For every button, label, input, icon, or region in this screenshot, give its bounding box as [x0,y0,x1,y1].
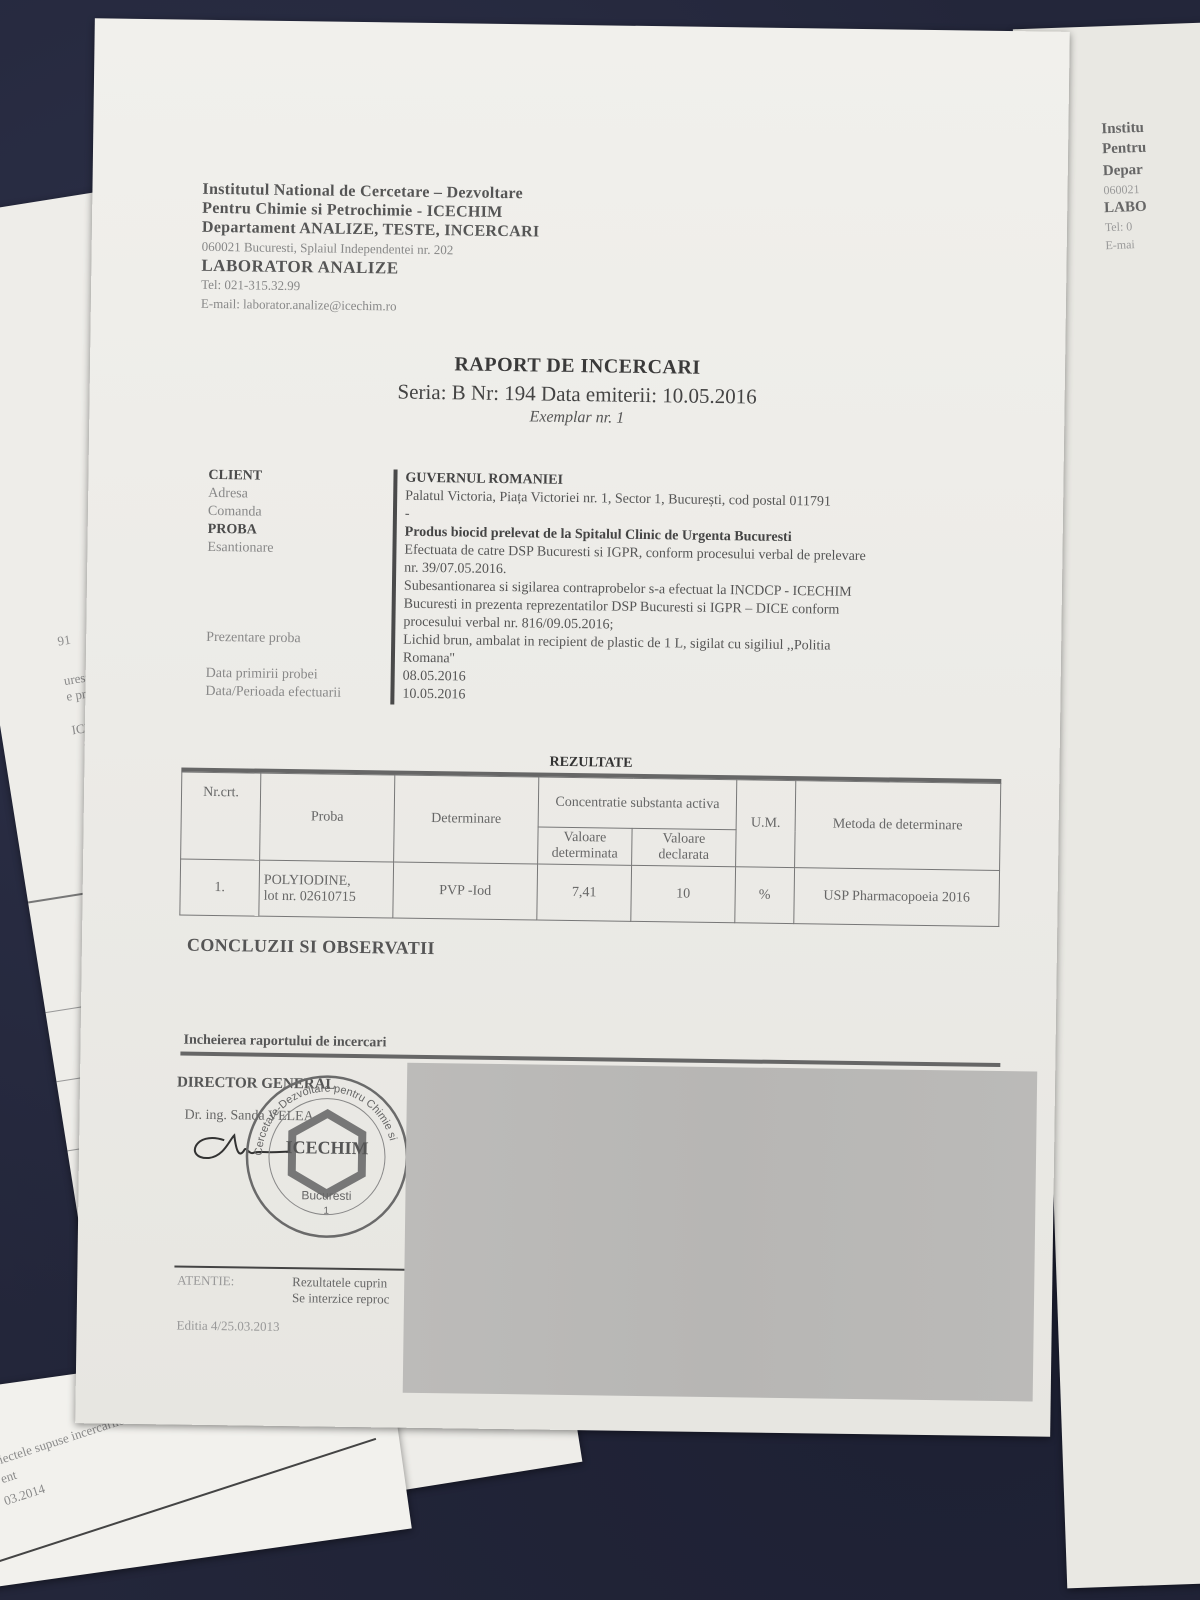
header-proba: Proba [260,773,395,862]
lab-email: E-mail: laborator.analize@icechim.ro [201,294,539,318]
label-adresa: Adresa [208,485,344,505]
cell-valoare-declarata: 10 [631,865,736,922]
info-divider [390,469,397,704]
institute-header: Institutul National de Cercetare – Dezvo… [201,180,540,318]
header-concentratie: Concentratie substanta activa [538,777,737,830]
test-report-document: Institutul National de Cercetare – Dezvo… [75,18,1070,1436]
atentie-text: Rezultatele cuprin Se interzice reproc [292,1274,404,1308]
report-title-block: RAPORT DE INCERCARI Seria: B Nr: 194 Dat… [89,348,1065,434]
institute-stamp-icon: ICECHIM Bucuresti 1 Cercetare-Dezvoltare… [241,1070,413,1242]
results-title: REZULTATE [549,755,632,772]
label-prezentare: Prezentare proba [206,629,342,649]
bg-fragment: Pentru [1102,140,1147,159]
bg-fragment: LABO [1104,199,1147,217]
bg-fragment: 060021 [1103,182,1140,198]
info-values: GUVERNUL ROMANIEI Palatul Victoria, Piaț… [402,470,945,712]
atentie-line1: Rezultatele cuprin [292,1274,404,1292]
header-valoare-determinata: Valoare determinata [538,827,633,865]
header-metoda: Metoda de determinare [795,781,1001,871]
bg-fragment: E-mai [1105,237,1135,253]
info-labels: CLIENT Adresa Comanda PROBA Esantionare … [205,467,344,703]
stamp-city-text: Bucuresti [301,1188,351,1203]
cell-metoda: USP Pharmacopoeia 2016 [794,868,1000,927]
bg-fragment: Tel: 0 [1105,219,1133,235]
cell-proba-line1: POLYIODINE, [264,872,389,890]
cell-proba: POLYIODINE, lot nr. 02610715 [259,860,394,918]
cell-proba-line2: lot nr. 02610715 [264,888,389,906]
label-proba: PROBA [208,521,344,541]
bg-fragment: Institu [1101,120,1144,138]
atentie-line2: Se interzice reproc [292,1290,404,1308]
header-nr: Nr.crt. [181,772,261,860]
redacted-area [403,1063,1038,1402]
cell-determinare: PVP -Iod [393,862,538,920]
edition-label: Editia 4/25.03.2013 [176,1318,279,1335]
header-um: U.M. [736,780,796,868]
conclusions-title: CONCLUZII SI OBSERVATII [187,935,435,959]
label-client: CLIENT [208,467,344,487]
bg-fragment: 91 [56,632,71,650]
label-data-primirii: Data primirii probei [206,665,342,685]
stamp-number-text: 1 [323,1206,329,1217]
atentie-label: ATENTIE: [177,1273,234,1290]
results-table: Nr.crt. Proba Determinare Concentratie s… [179,772,1001,927]
stamp-center-text: ICECHIM [285,1137,368,1158]
header-valoare-declarata: Valoare declarata [632,828,737,866]
bg-fragment: ent [0,1467,19,1487]
footer-rule [174,1265,404,1270]
cell-valoare-determinata: 7,41 [537,864,632,921]
header-determinare: Determinare [394,775,539,864]
closing-title: Incheierea raportului de incercari [183,1033,386,1052]
label-data-efectuarii: Data/Perioada efectuarii [205,683,341,703]
bg-fragment: Depar [1103,162,1144,180]
label-comanda: Comanda [208,503,344,523]
table-row: 1. POLYIODINE, lot nr. 02610715 PVP -Iod… [180,859,1000,926]
cell-um: % [735,867,795,924]
label-esantionare: Esantionare [207,539,343,559]
cell-nr: 1. [180,859,260,916]
